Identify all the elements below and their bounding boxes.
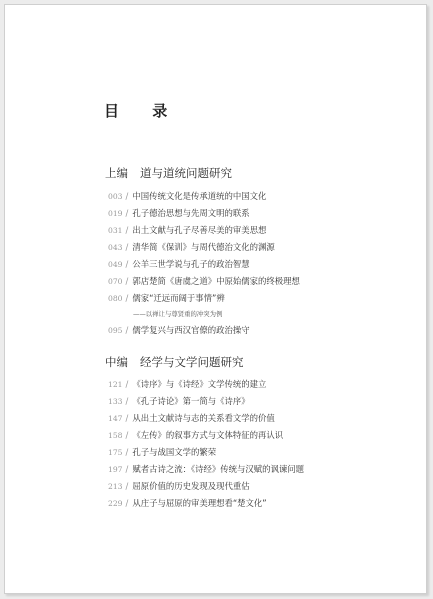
- part-label: 上编: [105, 166, 128, 180]
- toc-entry[interactable]: 133/《孔子诗论》第一简与《诗序》: [108, 395, 250, 408]
- toc-entry[interactable]: 019/孔子德治思想与先周文明的联系: [108, 207, 250, 220]
- toc-entry-subtitle: ——以禅让与尊贤重的冲突为例: [133, 309, 222, 318]
- page-title: 目 录: [104, 100, 181, 121]
- toc-entry[interactable]: 003/中国传统文化是传承道统的中国文化: [108, 190, 266, 203]
- toc-entry[interactable]: 147/从出土文献诗与志的关系看文学的价值: [108, 412, 275, 425]
- toc-entry[interactable]: 049/公羊三世学说与孔子的政治智慧: [108, 258, 250, 271]
- part-heading-1: 上编道与道统问题研究: [105, 165, 232, 181]
- part-heading-2: 中编经学与文学问题研究: [105, 354, 244, 370]
- document-page: 目 录 上编道与道统问题研究 003/中国传统文化是传承道统的中国文化 019/…: [4, 4, 427, 594]
- part-name: 道与道统问题研究: [140, 166, 232, 180]
- toc-entry[interactable]: 043/清华简《保训》与周代德治文化的渊源: [108, 241, 275, 254]
- toc-entry[interactable]: 121/《诗序》与《诗经》文学传统的建立: [108, 378, 266, 391]
- toc-entry[interactable]: 095/儒学复兴与西汉官僚的政治操守: [108, 324, 250, 337]
- part-name: 经学与文学问题研究: [140, 355, 244, 369]
- toc-entry[interactable]: 070/郭店楚简《唐虞之道》中原始儒家的终极理想: [108, 275, 300, 288]
- toc-entry[interactable]: 031/出土文献与孔子尽善尽美的审美思想: [108, 224, 266, 237]
- toc-entry[interactable]: 213/屈原价值的历史发现及现代重估: [108, 480, 250, 493]
- toc-entry[interactable]: 158/《左传》的叙事方式与文体特征的再认识: [108, 429, 283, 442]
- toc-entry[interactable]: 229/从庄子与屈原的审美理想看“楚文化”: [108, 497, 267, 510]
- toc-entry[interactable]: 080/儒家“迁远而阔于事情”辨: [108, 292, 225, 305]
- part-label: 中编: [105, 355, 128, 369]
- toc-entry[interactable]: 175/孔子与战国文学的繁荣: [108, 446, 216, 459]
- toc-entry[interactable]: 197/赋者古诗之流：《诗经》传统与汉赋的讽谏问题: [108, 463, 304, 476]
